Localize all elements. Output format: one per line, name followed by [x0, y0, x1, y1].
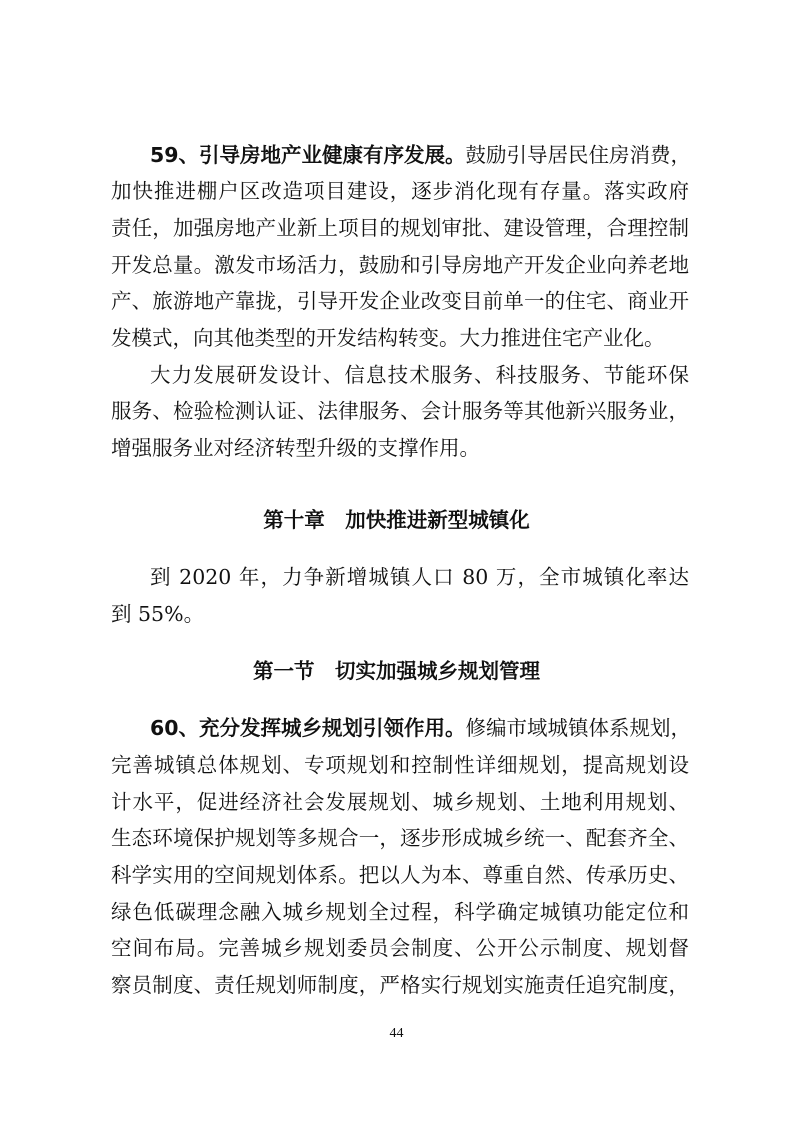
services-line-2: 服务、检验检测认证、法律服务、会计服务等其他新兴服务业，	[111, 396, 689, 426]
para59-line-5: 产、旅游地产靠拢，引导开发企业改变目前单一的住宅、商业开	[111, 286, 689, 316]
para60-line-8: 察员制度、责任规划师制度，严格实行规划实施责任追究制度，	[111, 970, 689, 1000]
chapter-heading: 第十章 加快推进新型城镇化	[0, 505, 793, 535]
target-line-2: 到 55%。	[111, 599, 689, 629]
para60-line-3: 计水平，促进经济社会发展规划、城乡规划、土地利用规划、	[111, 787, 689, 817]
target-line-1: 到 2020 年，力争新增城镇人口 80 万，全市城镇化率达	[150, 562, 689, 592]
para59-line-3: 责任，加强房地产业新上项目的规划审批、建设管理，合理控制	[111, 213, 689, 243]
para59-line-2: 加快推进棚户区改造项目建设，逐步消化现有存量。落实政府	[111, 176, 689, 206]
para60-title: 60、充分发挥城乡规划引领作用。	[150, 716, 466, 740]
para60-line-7: 空间布局。完善城乡规划委员会制度、公开公示制度、规划督	[111, 933, 689, 963]
para60-line-2: 完善城镇总体规划、专项规划和控制性详细规划，提高规划设	[111, 750, 689, 780]
para60-line-1: 60、充分发挥城乡规划引领作用。修编市域城镇体系规划，	[150, 713, 689, 743]
para60-line-4: 生态环境保护规划等多规合一，逐步形成城乡统一、配套齐全、	[111, 823, 689, 853]
para59-line-1: 59、引导房地产业健康有序发展。鼓励引导居民住房消费，	[150, 140, 689, 170]
para59-text: 鼓励引导居民住房消费，	[466, 143, 692, 167]
services-line-3: 增强服务业对经济转型升级的支撑作用。	[111, 433, 689, 463]
para60-line-6: 绿色低碳理念融入城乡规划全过程，科学确定城镇功能定位和	[111, 897, 689, 927]
para59-line-4: 开发总量。激发市场活力，鼓励和引导房地产开发企业向养老地	[111, 250, 689, 280]
para59-title: 59、引导房地产业健康有序发展。	[150, 143, 466, 167]
page-number: 44	[0, 1024, 793, 1044]
services-line-1: 大力发展研发设计、信息技术服务、科技服务、节能环保	[150, 360, 689, 390]
section-heading: 第一节 切实加强城乡规划管理	[0, 656, 793, 686]
para59-line-6: 发模式，向其他类型的开发结构转变。大力推进住宅产业化。	[111, 323, 689, 353]
para60-text: 修编市域城镇体系规划，	[466, 716, 692, 740]
para60-line-5: 科学实用的空间规划体系。把以人为本、尊重自然、传承历史、	[111, 860, 689, 890]
